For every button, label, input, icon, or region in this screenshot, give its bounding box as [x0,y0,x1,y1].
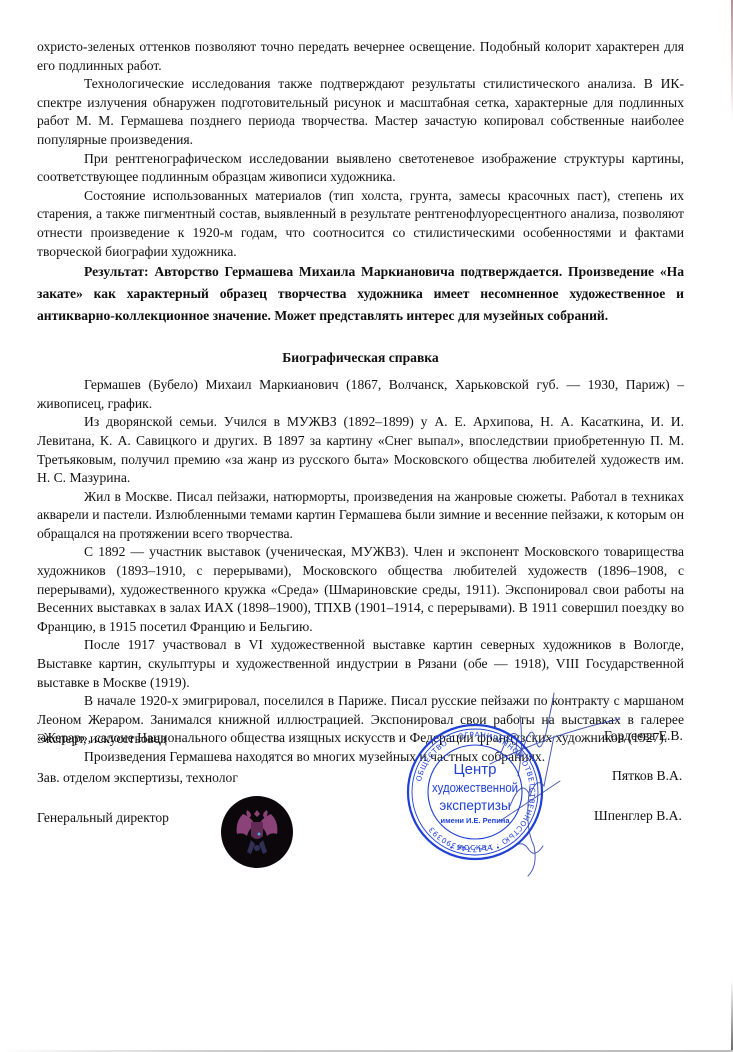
bio-paragraph: В начале 1920-х эмигрировал, поселился в… [37,692,684,748]
bio-paragraph: С 1892 — участник выставок (ученическая,… [37,543,684,636]
bio-paragraph: Жил в Москве. Писал пейзажи, натюрморты,… [37,488,684,544]
bio-paragraph: Гермашев (Бубело) Михаил Маркианович (18… [37,376,684,413]
svg-text:экспертизы: экспертизы [439,798,510,813]
name-shpengler: Шпенглер В.А. [594,808,682,824]
bio-paragraph: Из дворянской семьи. Учился в МУЖВЗ (189… [37,413,684,487]
svg-text:• МОСКВА •: • МОСКВА • [449,844,501,852]
result-paragraph: Результат: Авторство Гермашева Михаила М… [37,261,684,327]
bio-paragraph: Произведения Гермашева находятся во мног… [37,748,684,767]
document-body: охристо-зеленых оттенков позволяют точно… [37,38,684,767]
paragraph: охристо-зеленых оттенков позволяют точно… [37,38,684,75]
role-head-of-department: Зав. отделом экспертизы, технолог [37,770,238,786]
bio-paragraph: После 1917 участвовал в VI художественно… [37,636,684,692]
bio-heading: Биографическая справка [37,349,684,367]
svg-text:художественной: художественной [432,781,518,795]
paragraph: При рентгенографическом исследовании выя… [37,150,684,187]
paragraph: Состояние использованных материалов (тип… [37,187,684,261]
double-headed-eagle-icon [221,796,293,868]
paragraph: Технологические исследования также подтв… [37,75,684,149]
name-pyatkov: Пятков В.А. [612,768,682,784]
role-director: Генеральный директор [37,810,169,826]
svg-text:имени И.Е. Репина: имени И.Е. Репина [440,816,510,825]
